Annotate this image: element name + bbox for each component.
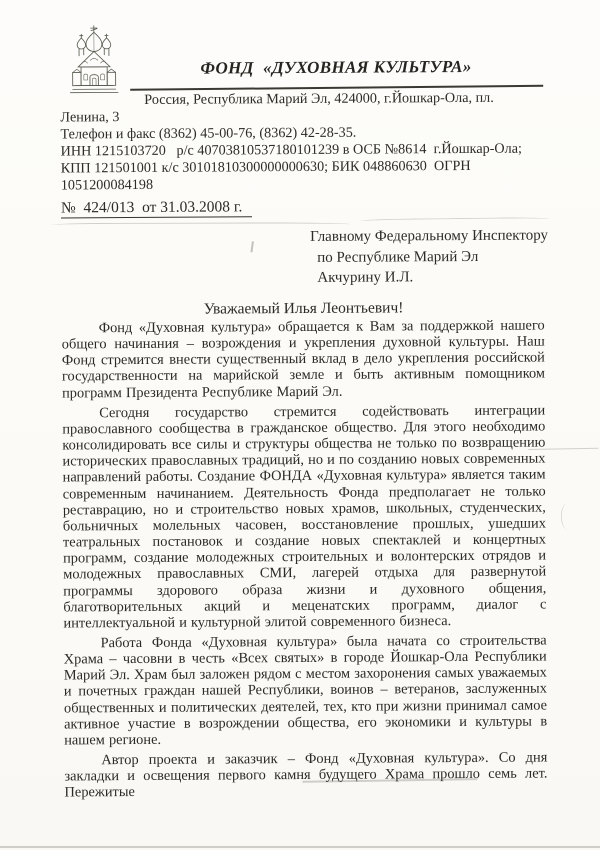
addressee-line-3: Акчурину И.Л. — [310, 266, 548, 288]
salutation: Уважаемый Илья Леонтьевич! — [62, 298, 546, 319]
letterhead-requisites: Россия, Республика Марий Эл, 424000, г.Й… — [60, 89, 561, 194]
scan-artifact-streak — [359, 217, 549, 223]
addressee-line-2: по Республике Марий Эл — [310, 246, 548, 268]
church-icon — [66, 23, 122, 99]
body-paragraph-1: Фонд «Духовная культура» обращается к Ва… — [62, 318, 545, 402]
letterhead-ogrn-line: 1051200084198 — [61, 174, 561, 194]
scanned-letter-page: ФОНД «ДУХОВНАЯ КУЛЬТУРА» Россия, Республ… — [0, 0, 600, 850]
fund-title: ФОНД «ДУХОВНАЯ КУЛЬТУРА» — [126, 56, 546, 79]
scan-artifact-streak — [51, 222, 351, 227]
letterhead-inn-line: ИНН 1215103720 р/с 40703810537180101239 … — [61, 140, 561, 160]
letter-body: Фонд «Духовная культура» обращается к Ва… — [62, 318, 548, 801]
body-paragraph-2: Сегодня государство стремится содействов… — [62, 402, 546, 631]
reference-line: № 424/013 от 31.03.2008 г. — [61, 198, 253, 217]
body-paragraph-3: Работа Фонда «Духовная культура» была на… — [64, 632, 548, 748]
scan-artifact-mark — [561, 503, 574, 529]
scan-artifact-mark — [250, 241, 253, 252]
addressee-block: Главному Федеральному Инспектору по Респ… — [310, 225, 548, 288]
scan-content: ФОНД «ДУХОВНАЯ КУЛЬТУРА» Россия, Республ… — [0, 0, 600, 850]
addressee-line-1: Главному Федеральному Инспектору — [310, 225, 548, 247]
reference-number: № 424/013 от 31.03.2008 г. — [61, 198, 253, 218]
letterhead-address-line-1: Россия, Республика Марий Эл, 424000, г.Й… — [60, 89, 560, 109]
body-paragraph-4: Автор проекта и заказчик – Фонд «Духовна… — [64, 750, 547, 801]
